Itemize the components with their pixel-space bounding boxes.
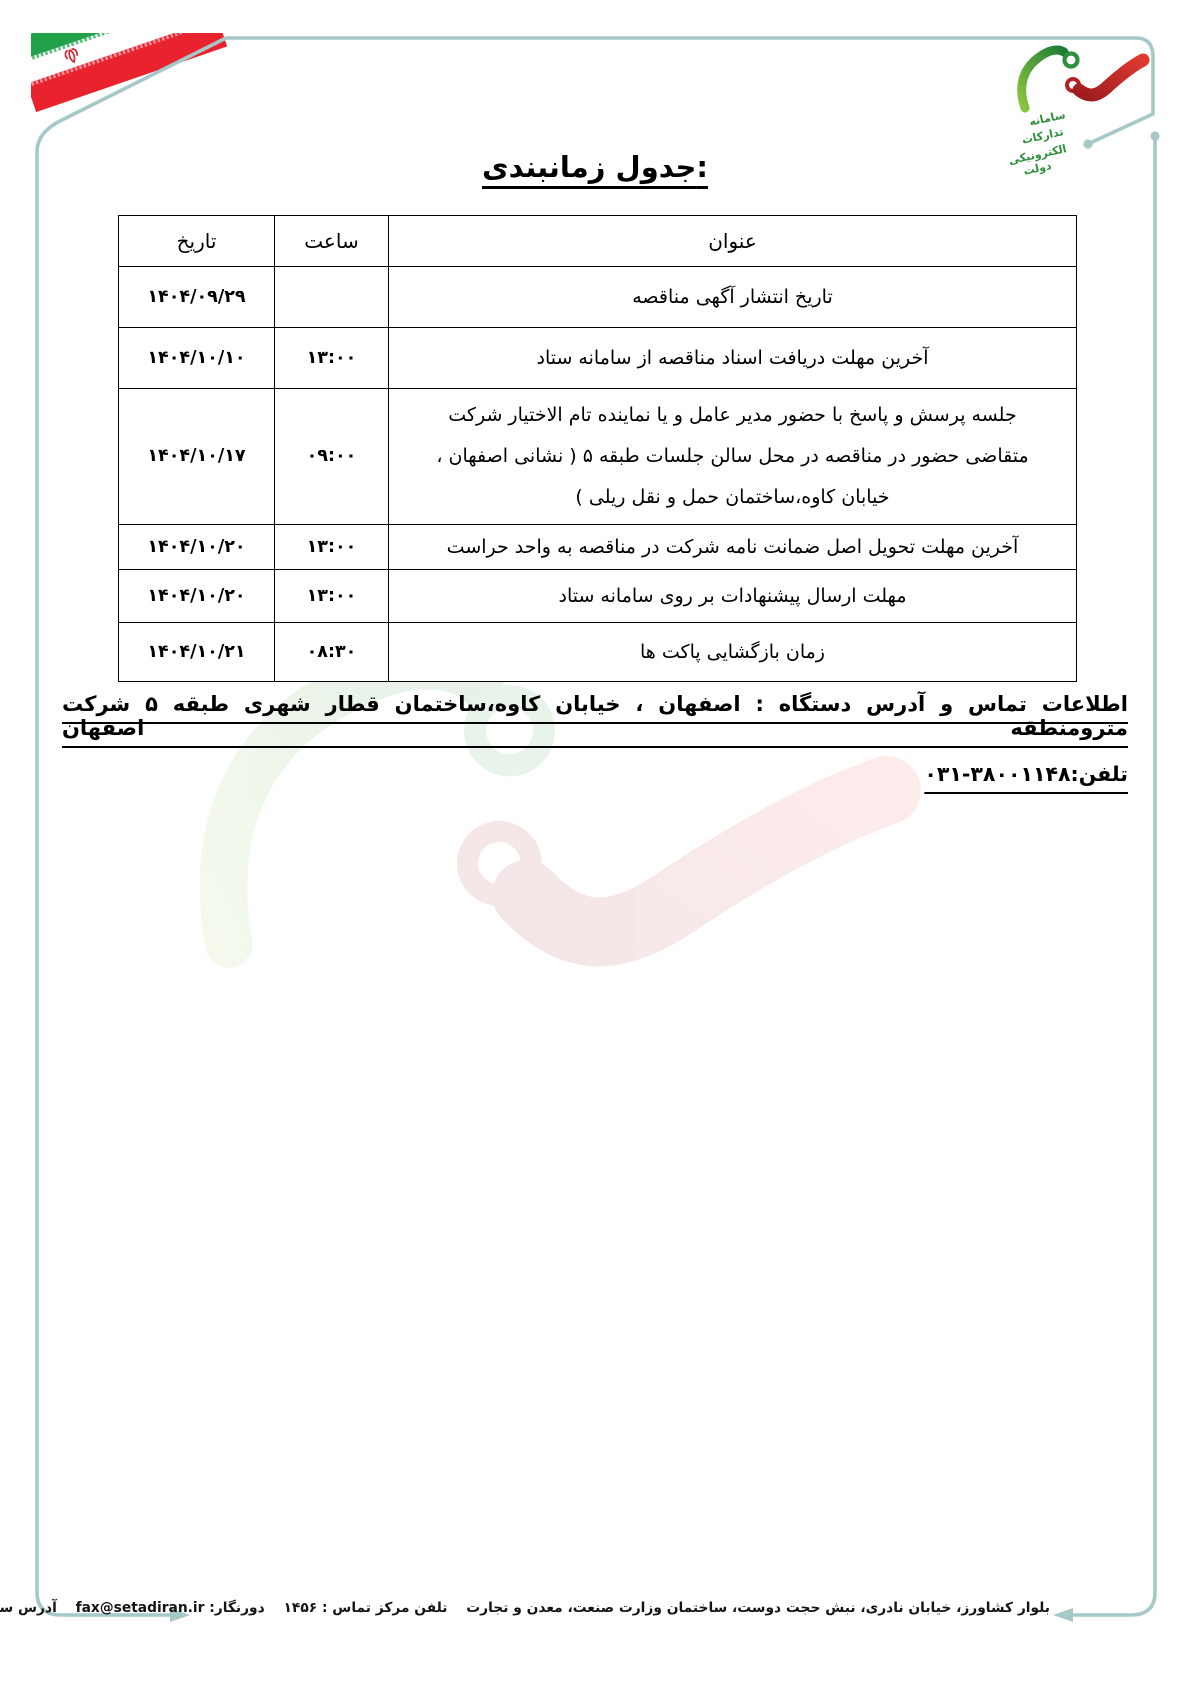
row-time: ۱۳:۰۰ [275, 569, 389, 622]
column-header-title: عنوان [389, 216, 1077, 267]
row-time-gray-cell [275, 267, 389, 328]
contact-phone-line: تلفن:۳۸۰۰۱۱۴۸-۰۳۱ [62, 762, 1128, 786]
footer-fax: دورنگار: fax@setadiran.ir [71, 1600, 265, 1616]
footer-site: آدرس سایت : www.setadiran.ir [0, 1600, 57, 1616]
row-title: مهلت ارسال پیشنهادات بر روی سامانه ستاد [389, 569, 1077, 622]
row-title: آخرین مهلت تحویل اصل ضمانت نامه شرکت در … [389, 524, 1077, 569]
contact-block: اطلاعات تماس و آدرس دستگاه : اصفهان ، خی… [62, 692, 1128, 786]
row-time: ۰۹:۰۰ [275, 389, 389, 525]
row-date: ۱۴۰۴/۱۰/۲۰ [119, 524, 275, 569]
document-page: سامانه تدارکات الکترونیکی دولت جدول زمان… [0, 0, 1190, 1682]
footer-fax-value: fax@setadiran.ir [76, 1600, 205, 1616]
table-row: آخرین مهلت دریافت اسناد مناقصه از سامانه… [119, 328, 1077, 389]
schedule-table: عنوان ساعت تاریخ تاریخ انتشار آگهی مناقص… [118, 215, 1077, 682]
footer-address: بلوار کشاورز، خیابان نادری، نبش حجت دوست… [466, 1600, 1050, 1616]
row-title: جلسه پرسش و پاسخ با حضور مدیر عامل و یا … [389, 389, 1077, 525]
row-time: ۱۳:۰۰ [275, 524, 389, 569]
row-title: تاریخ انتشار آگهی مناقصه [389, 267, 1077, 328]
row-date: ۱۴۰۴/۱۰/۱۷ [119, 389, 275, 525]
table-row: جلسه پرسش و پاسخ با حضور مدیر عامل و یا … [119, 389, 1077, 525]
table-row: تاریخ انتشار آگهی مناقصه ۱۴۰۴/۰۹/۲۹ [119, 267, 1077, 328]
footer-site-label: آدرس سایت : [0, 1600, 57, 1616]
column-header-time: ساعت [275, 216, 389, 267]
contact-address-line: اطلاعات تماس و آدرس دستگاه : اصفهان ، خی… [62, 692, 1128, 740]
row-title: آخرین مهلت دریافت اسناد مناقصه از سامانه… [389, 328, 1077, 389]
table-header-row: عنوان ساعت تاریخ [119, 216, 1077, 267]
footer-fax-label: دورنگار: [209, 1600, 264, 1616]
page-title: جدول زمانبندی: [0, 150, 1190, 184]
footer: بلوار کشاورز، خیابان نادری، نبش حجت دوست… [195, 1600, 1057, 1616]
row-time: ۱۳:۰۰ [275, 328, 389, 389]
row-time: ۰۸:۳۰ [275, 622, 389, 681]
footer-call-center: تلفن مرکز تماس : ۱۴۵۶ [284, 1600, 448, 1616]
column-header-date: تاریخ [119, 216, 275, 267]
row-date: ۱۴۰۴/۰۹/۲۹ [119, 267, 275, 328]
row-date: ۱۴۰۴/۱۰/۱۰ [119, 328, 275, 389]
row-date: ۱۴۰۴/۱۰/۲۰ [119, 569, 275, 622]
table-row: زمان بازگشایی پاکت ها ۰۸:۳۰ ۱۴۰۴/۱۰/۲۱ [119, 622, 1077, 681]
table-row: مهلت ارسال پیشنهادات بر روی سامانه ستاد … [119, 569, 1077, 622]
table-row: آخرین مهلت تحویل اصل ضمانت نامه شرکت در … [119, 524, 1077, 569]
row-date: ۱۴۰۴/۱۰/۲۱ [119, 622, 275, 681]
row-title: زمان بازگشایی پاکت ها [389, 622, 1077, 681]
